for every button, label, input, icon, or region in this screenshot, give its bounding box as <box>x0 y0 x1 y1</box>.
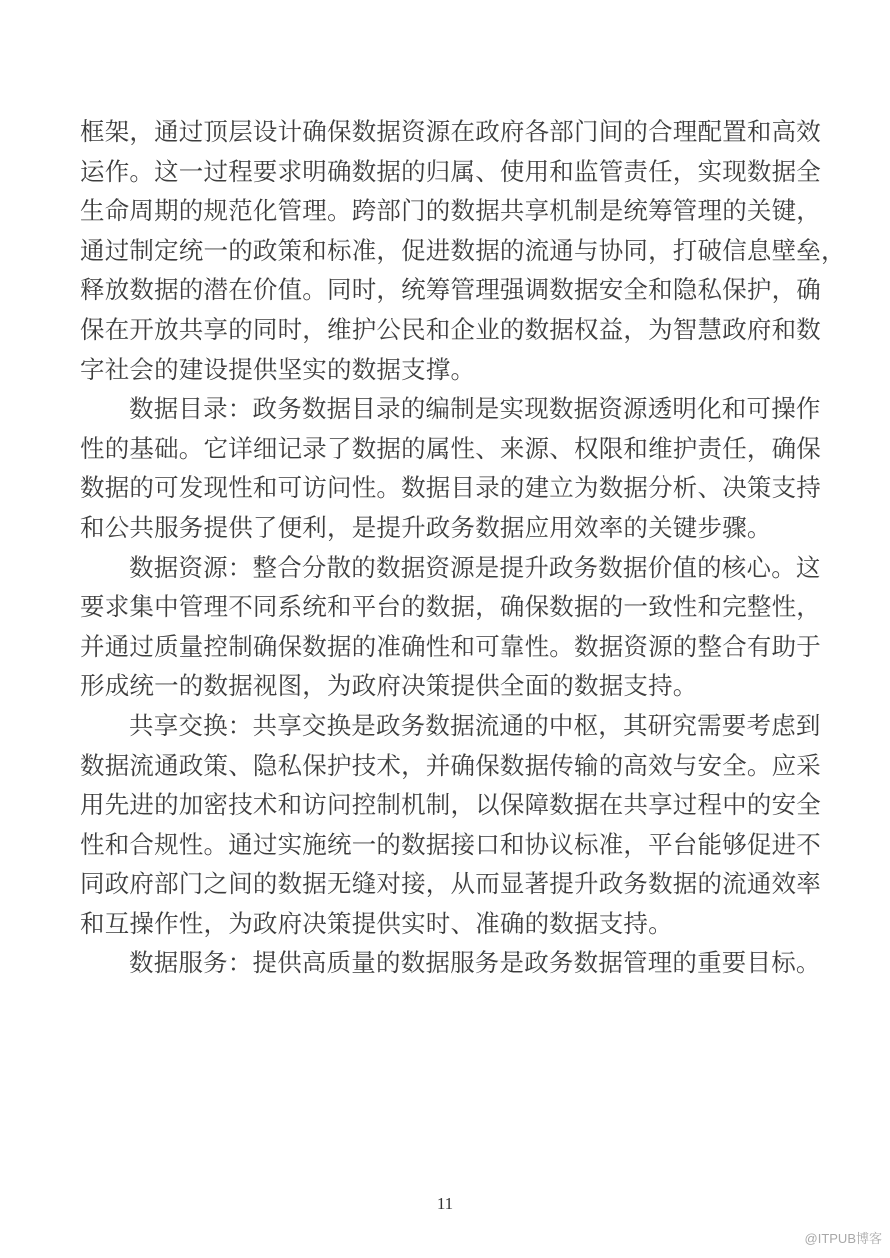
paragraph-overall-management: 框架，通过顶层设计确保数据资源在政府各部门间的合理配置和高效 运作。这一过程要求… <box>80 112 810 389</box>
text-line: 用先进的加密技术和访问控制机制，以保障数据在共享过程中的安全 <box>80 785 810 825</box>
text-line: 形成统一的数据视图，为政府决策提供全面的数据支持。 <box>80 666 810 706</box>
text-line: 数据流通政策、隐私保护技术，并确保数据传输的高效与安全。应采 <box>80 746 810 786</box>
paragraph-sharing-exchange: 共享交换：共享交换是政务数据流通的中枢，其研究需要考虑到 数据流通政策、隐私保护… <box>80 706 810 944</box>
watermark: @ITPUB博客 <box>805 1228 882 1247</box>
document-page: 框架，通过顶层设计确保数据资源在政府各部门间的合理配置和高效 运作。这一过程要求… <box>0 0 890 1258</box>
paragraph-data-services: 数据服务：提供高质量的数据服务是政务数据管理的重要目标。 <box>80 943 810 983</box>
text-line: 数据服务：提供高质量的数据服务是政务数据管理的重要目标。 <box>80 943 810 983</box>
text-line: 要求集中管理不同系统和平台的数据，确保数据的一致性和完整性， <box>80 587 810 627</box>
text-line: 通过制定统一的政策和标准，促进数据的流通与协同，打破信息壁垒， <box>80 231 810 271</box>
text-line: 数据资源：整合分散的数据资源是提升政务数据价值的核心。这 <box>80 548 810 588</box>
text-line: 运作。这一过程要求明确数据的归属、使用和监管责任，实现数据全 <box>80 152 810 192</box>
paragraph-data-resources: 数据资源：整合分散的数据资源是提升政务数据价值的核心。这 要求集中管理不同系统和… <box>80 548 810 706</box>
text-line: 保在开放共享的同时，维护公民和企业的数据权益，为智慧政府和数 <box>80 310 810 350</box>
text-line: 并通过质量控制确保数据的准确性和可靠性。数据资源的整合有助于 <box>80 627 810 667</box>
text-line: 和互操作性，为政府决策提供实时、准确的数据支持。 <box>80 904 810 944</box>
text-line: 生命周期的规范化管理。跨部门的数据共享机制是统筹管理的关键， <box>80 191 810 231</box>
text-line: 性的基础。它详细记录了数据的属性、来源、权限和维护责任，确保 <box>80 429 810 469</box>
text-line: 释放数据的潜在价值。同时，统筹管理强调数据安全和隐私保护，确 <box>80 270 810 310</box>
paragraph-data-catalog: 数据目录：政务数据目录的编制是实现数据资源透明化和可操作 性的基础。它详细记录了… <box>80 389 810 547</box>
body-text: 框架，通过顶层设计确保数据资源在政府各部门间的合理配置和高效 运作。这一过程要求… <box>80 112 810 983</box>
text-line: 和公共服务提供了便利，是提升政务数据应用效率的关键步骤。 <box>80 508 810 548</box>
text-line: 同政府部门之间的数据无缝对接，从而显著提升政务数据的流通效率 <box>80 864 810 904</box>
text-line: 性和合规性。通过实施统一的数据接口和协议标准，平台能够促进不 <box>80 825 810 865</box>
page-number: 11 <box>0 1194 890 1214</box>
text-line: 框架，通过顶层设计确保数据资源在政府各部门间的合理配置和高效 <box>80 112 810 152</box>
text-line: 数据的可发现性和可访问性。数据目录的建立为数据分析、决策支持 <box>80 468 810 508</box>
text-line: 数据目录：政务数据目录的编制是实现数据资源透明化和可操作 <box>80 389 810 429</box>
text-line: 共享交换：共享交换是政务数据流通的中枢，其研究需要考虑到 <box>80 706 810 746</box>
text-line: 字社会的建设提供坚实的数据支撑。 <box>80 350 810 390</box>
